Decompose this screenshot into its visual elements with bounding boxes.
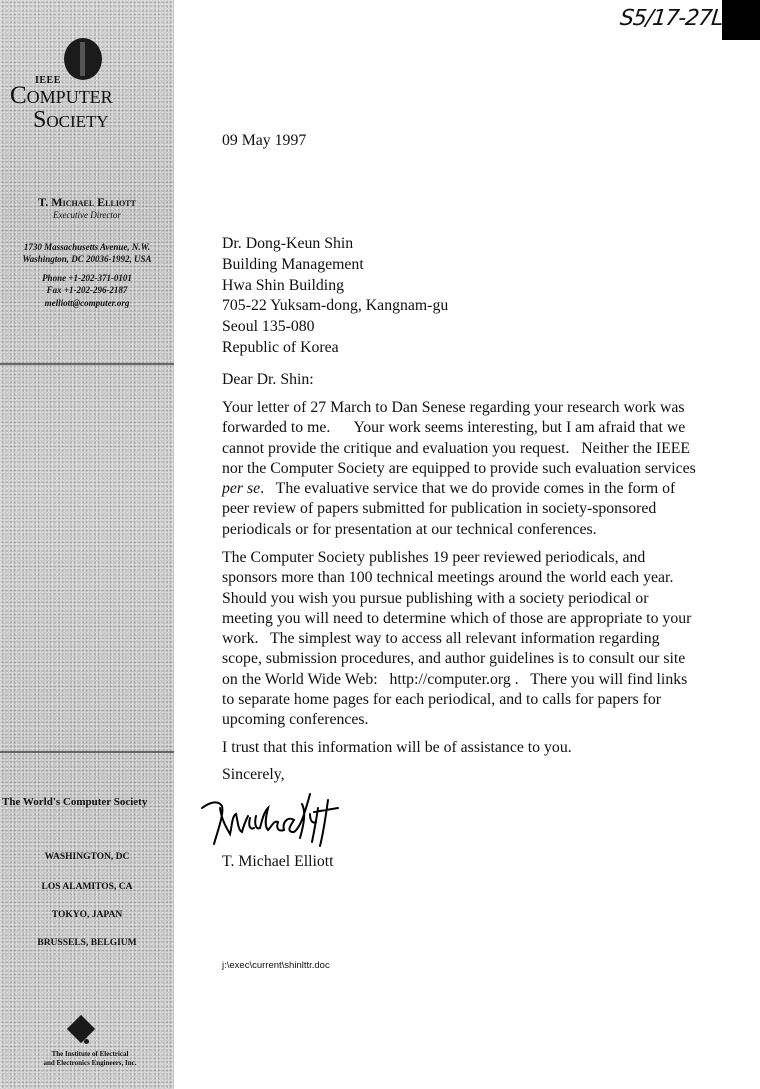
paragraph-line: cannot provide the critique and evaluati…	[222, 439, 722, 459]
paragraph-line: The Computer Society publishes 19 peer r…	[222, 548, 722, 568]
paragraph-line: Should you wish you pursue publishing wi…	[222, 589, 722, 609]
recipient-line: Hwa Shin Building	[222, 276, 448, 297]
recipient-line: 705-22 Yuksam-dong, Kangnam-gu	[222, 296, 448, 317]
paragraph-line: scope, submission procedures, and author…	[222, 649, 722, 669]
document-file-path: j:\exec\current\shinlttr.doc	[222, 960, 330, 971]
letter-date: 09 May 1997	[222, 132, 306, 150]
paragraph-3: I trust that this information will be of…	[222, 738, 722, 758]
paragraph-line: on the World Wide Web: http://computer.o…	[222, 670, 722, 690]
office-location: WASHINGTON, DC	[0, 852, 174, 862]
paragraph-line: meeting you will need to determine which…	[222, 609, 722, 629]
paragraph-line: forwarded to me. Your work seems interes…	[222, 418, 722, 438]
society-tagline: The World's Computer Society	[2, 796, 147, 808]
sender-name: T. Michael Elliott	[0, 195, 174, 209]
parent-org-line1: The Institute of Electrical	[30, 1050, 150, 1058]
paragraph-line: nor the Computer Society are equipped to…	[222, 459, 722, 479]
paragraph-line: Your letter of 27 March to Dan Senese re…	[222, 398, 722, 418]
italic-phrase: per se	[222, 480, 260, 497]
ieee-diamond-logo-icon	[67, 1015, 95, 1043]
paragraph-line: work. The simplest way to access all rel…	[222, 629, 722, 649]
recipient-line: Seoul 135-080	[222, 317, 448, 338]
office-location: TOKYO, JAPAN	[0, 910, 174, 920]
recipient-line: Dr. Dong-Keun Shin	[222, 234, 448, 255]
sender-title: Executive Director	[0, 208, 174, 222]
recipient-line: Building Management	[222, 255, 448, 276]
signer-name: T. Michael Elliott	[222, 853, 334, 871]
signature-icon	[198, 786, 358, 852]
office-location: BRUSSELS, BELGIUM	[0, 938, 174, 948]
computer-society-emblem-icon	[64, 38, 102, 80]
closing: Sincerely,	[222, 766, 285, 784]
paragraph-1: Your letter of 27 March to Dan Senese re…	[222, 398, 722, 540]
recipient-line: Republic of Korea	[222, 338, 448, 359]
paragraph-2: The Computer Society publishes 19 peer r…	[222, 548, 722, 731]
paper-fold-line	[0, 363, 174, 365]
sender-address-line2: Washington, DC 20036-1992, USA	[0, 252, 174, 266]
parent-org-line2: and Electronics Engineers, Inc.	[30, 1059, 150, 1067]
recipient-address: Dr. Dong-Keun Shin Building Management H…	[222, 234, 448, 359]
logo-society-text: Society	[33, 108, 109, 132]
ieee-logo-dot-icon	[84, 1039, 89, 1044]
paragraph-line: peer review of papers submitted for publ…	[222, 499, 722, 519]
sender-fax: Fax +1-202-296-2187	[0, 283, 174, 297]
logo-computer-text: Computer	[10, 83, 113, 108]
paragraph-line: to separate home pages for each periodic…	[222, 690, 722, 710]
paper-fold-line	[0, 751, 174, 753]
paragraph-line: per se. The evaluative service that we d…	[222, 479, 722, 499]
handwritten-file-number: S5/17-27L	[619, 6, 724, 31]
letterhead-sidebar: IEEE Computer Society T. Michael Elliott…	[0, 0, 174, 1089]
paragraph-line: upcoming conferences.	[222, 710, 722, 730]
paragraph-line: sponsors more than 100 technical meeting…	[222, 568, 722, 588]
office-location: LOS ALAMITOS, CA	[0, 882, 174, 892]
salutation: Dear Dr. Shin:	[222, 371, 314, 389]
sender-email: melliott@computer.org	[0, 296, 174, 310]
paragraph-line: periodicals or for presentation at our t…	[222, 520, 722, 540]
redaction-block	[722, 0, 760, 40]
